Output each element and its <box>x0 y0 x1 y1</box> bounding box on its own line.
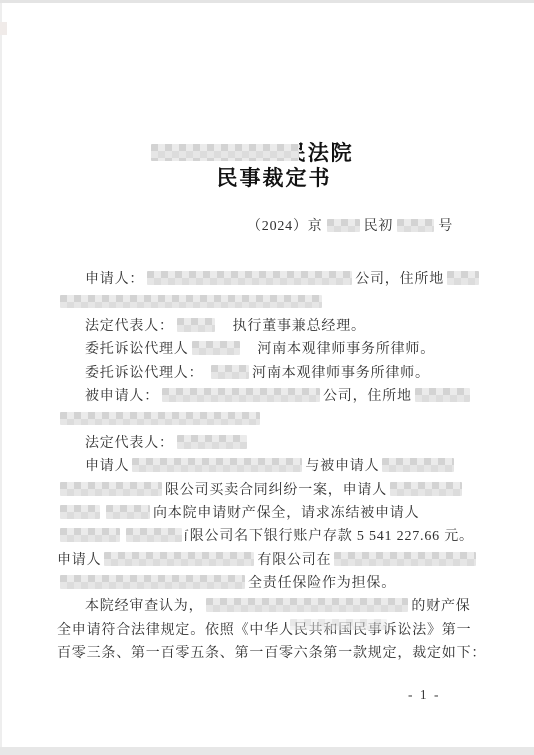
redaction-mosaic <box>60 528 120 542</box>
document-title: 民事裁定书 <box>57 166 475 191</box>
text-segment: 全责任保险作为担保。 <box>248 576 396 591</box>
text-segment: 委托诉讼代理人 <box>85 342 189 357</box>
text-segment: 申请人： <box>85 272 144 287</box>
text-line: 法定代表人： 执行董事兼总经理。 <box>57 315 475 338</box>
text-line: 法定代表人： <box>57 432 475 455</box>
text-line: 申请人：公司，住所地 <box>57 268 475 291</box>
text-segment: 河南本观律师事务所律师。 <box>243 342 435 357</box>
redaction-mosaic <box>390 482 462 496</box>
text-segment: 公司，住所地 <box>323 389 412 404</box>
text-segment: 被申请人： <box>85 389 159 404</box>
partial-character: 民 <box>299 141 307 166</box>
text-line: 本院经审查认为，的财产保 <box>57 595 475 618</box>
redaction-mosaic <box>60 295 322 308</box>
text-segment: 与被申请人 <box>305 459 379 474</box>
redaction-mosaic <box>132 458 302 472</box>
redaction-mosaic <box>334 552 476 566</box>
text-segment: 法定代表人： <box>85 436 174 451</box>
redaction-mosaic <box>206 598 408 612</box>
redaction-mosaic <box>192 341 240 355</box>
text-segment: 申请人 <box>85 459 129 474</box>
redaction-mosaic <box>177 318 215 332</box>
redaction-mosaic <box>382 458 454 472</box>
partial-character: 丿 <box>203 362 208 385</box>
text-segment: 本院经审查认为， <box>85 599 203 614</box>
court-name-suffix: 法院 <box>308 141 354 165</box>
redaction-mosaic <box>397 219 434 232</box>
redaction-mosaic <box>106 505 150 519</box>
text-segment: 有限公司在 <box>257 553 331 568</box>
text-segment: 公司，住所地 <box>355 272 444 287</box>
text-segment: 限公司买卖合同纠纷一案，申请人 <box>165 483 387 498</box>
redaction-mosaic <box>211 365 249 379</box>
case-number-line: （2024）京民初号 <box>57 216 475 237</box>
text-line: 向本院申请财产保全，请求冻结被申请人 <box>57 502 475 525</box>
redaction-mosaic <box>126 528 182 542</box>
text-segment: 执行董事兼总经理。 <box>218 319 366 334</box>
redaction-mosaic <box>60 505 100 519</box>
text-line: 被申请人：公司，住所地 <box>57 385 475 408</box>
text-line: 申请人与被申请人 <box>57 455 475 478</box>
redaction-mosaic <box>177 435 247 449</box>
text-line: 有限公司名下银行账户存款 5 541 227.66 元。 <box>57 525 475 548</box>
text-segment: 全申请符合法律规定。依照《中华人民共和国民事诉讼法》第一 <box>57 623 471 638</box>
text-line: 委托诉讼代理人 河南本观律师事务所律师。 <box>57 338 475 361</box>
scan-edge-bottom <box>0 747 534 755</box>
text-segment: 向本院申请财产保全，请求冻结被申请人 <box>153 506 419 521</box>
page-number: - 1 - <box>408 687 441 703</box>
case-no-suffix: 号 <box>438 219 453 234</box>
redaction-mosaic <box>60 412 260 425</box>
text-line: 委托诉讼代理人：丿河南本观律师事务所律师。 <box>57 362 475 385</box>
document-content: 民法院 民事裁定书 （2024）京民初号 申请人：公司，住所地法定代表人： 执行… <box>0 0 534 755</box>
text-segment: 法定代表人： <box>85 319 174 334</box>
text-line: 限公司买卖合同纠纷一案，申请人 <box>57 479 475 502</box>
redaction-mosaic <box>415 388 470 402</box>
text-segment: 河南本观律师事务所律师。 <box>252 366 430 381</box>
redaction-mosaic-faint <box>290 619 387 630</box>
redaction-mosaic <box>60 482 162 496</box>
redaction-mosaic <box>151 144 299 161</box>
redaction-mosaic <box>447 271 479 285</box>
text-line: 全责任保险作为担保。 <box>57 572 475 595</box>
redaction-mosaic <box>162 388 320 402</box>
text-line <box>57 408 475 431</box>
redaction-mosaic <box>327 219 360 232</box>
text-line: 百零三条、第一百零五条、第一百零六条第一款规定，裁定如下： <box>57 642 475 665</box>
text-segment: 委托诉讼代理人： <box>85 366 203 381</box>
text-line <box>57 291 475 314</box>
redaction-mosaic <box>104 552 254 566</box>
document-body: 申请人：公司，住所地法定代表人： 执行董事兼总经理。委托诉讼代理人 河南本观律师… <box>57 268 475 666</box>
text-line: 申请人有限公司在 <box>57 549 475 572</box>
text-line: 全申请符合法律规定。依照《中华人民共和国民事诉讼法》第一 <box>57 619 475 642</box>
redaction-mosaic <box>147 271 352 285</box>
case-no-mid: 民初 <box>364 219 394 234</box>
court-name-line: 民法院 <box>57 141 475 166</box>
document-page: 民法院 民事裁定书 （2024）京民初号 申请人：公司，住所地法定代表人： 执行… <box>0 0 534 755</box>
text-segment: 百零三条、第一百零五条、第一百零六条第一款规定，裁定如下： <box>57 646 486 661</box>
text-segment: 限公司名下银行账户存款 5 541 227.66 元。 <box>190 529 474 544</box>
redaction-mosaic <box>60 575 245 589</box>
case-no-prefix: （2024）京 <box>247 219 323 234</box>
text-segment: 申请人 <box>57 553 101 568</box>
text-segment: 的财产保 <box>411 599 470 614</box>
